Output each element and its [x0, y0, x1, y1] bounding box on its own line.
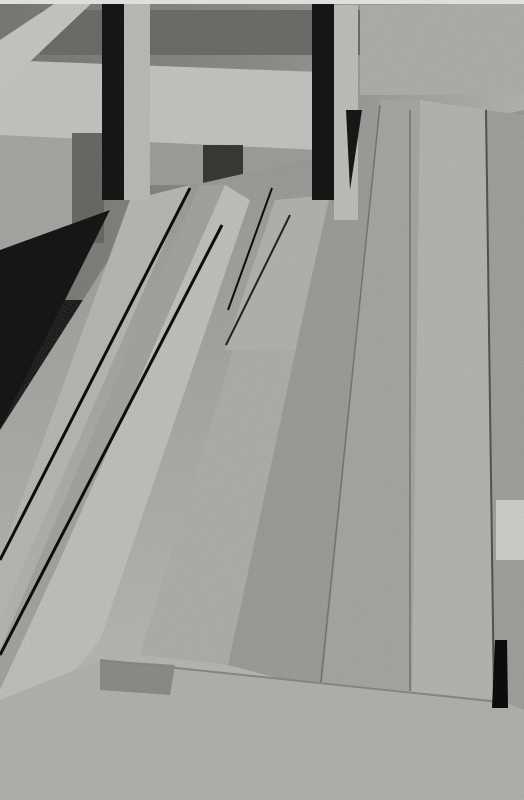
post-shadow — [312, 0, 334, 200]
paper-scrap — [496, 500, 524, 560]
photo-illustration — [0, 0, 524, 800]
photo-border — [0, 0, 524, 4]
attic-floor-photo — [0, 0, 524, 800]
post-left — [124, 0, 150, 200]
post-shadow — [102, 0, 124, 200]
floor-stain — [100, 660, 175, 695]
plaster-wall — [360, 5, 524, 95]
floorboard — [412, 100, 495, 700]
horizontal-beam — [0, 60, 320, 150]
